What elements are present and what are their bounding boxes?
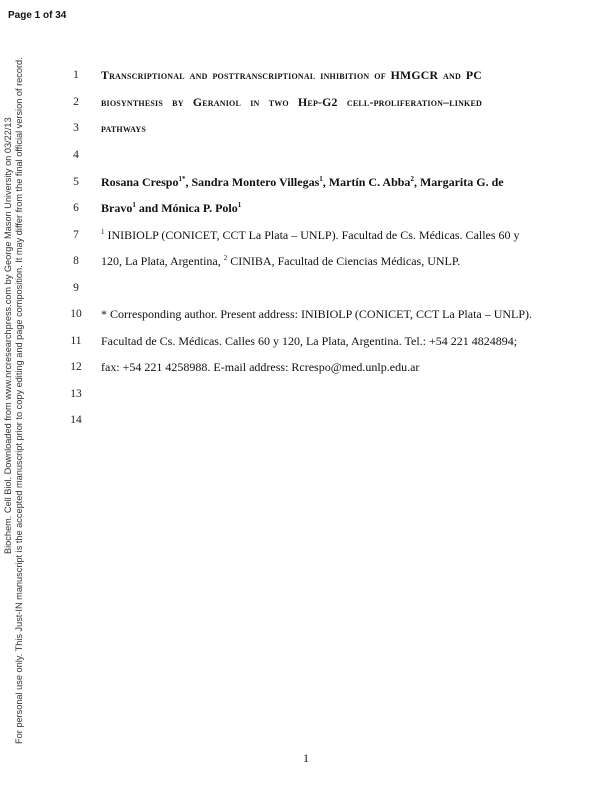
- affiliation-text: 120, La Plata, Argentina,: [101, 254, 224, 268]
- authors-line-1: Rosana Crespo1*, Sandra Montero Villegas…: [101, 174, 482, 190]
- correspondence-line-1: * Corresponding author. Present address:…: [101, 306, 482, 322]
- author-name: , Margarita G. de: [414, 175, 504, 189]
- authors-line-2: Bravo1 and Mónica P. Polo1: [101, 200, 482, 216]
- line-number: 1: [66, 67, 86, 83]
- manuscript-line: 8 120, La Plata, Argentina, 2 CINIBA, Fa…: [0, 253, 612, 269]
- author-name: Bravo: [101, 201, 132, 215]
- manuscript-line: 4: [0, 147, 612, 163]
- affiliation-line-2: 120, La Plata, Argentina, 2 CINIBA, Facu…: [101, 253, 482, 269]
- manuscript-line: 12 fax: +54 221 4258988. E-mail address:…: [0, 359, 612, 375]
- manuscript-line: 2 biosynthesis by Geraniol in two Hep-G2…: [0, 94, 612, 110]
- title-line-3: pathways: [101, 120, 482, 136]
- correspondence-line-3: fax: +54 221 4258988. E-mail address: Rc…: [101, 359, 482, 375]
- manuscript-line: 3 pathways: [0, 120, 612, 136]
- manuscript-line: 6 Bravo1 and Mónica P. Polo1: [0, 200, 612, 216]
- affiliation-text: CINIBA, Facultad de Ciencias Médicas, UN…: [227, 254, 460, 268]
- page-counter: Page 1 of 34: [8, 10, 66, 21]
- line-number: 8: [66, 253, 86, 269]
- line-number: 11: [66, 333, 86, 349]
- line-number: 3: [66, 120, 86, 136]
- author-name: , Martín C. Abba: [323, 175, 411, 189]
- manuscript-line: 11 Facultad de Cs. Médicas. Calles 60 y …: [0, 333, 612, 349]
- line-number: 12: [66, 359, 86, 375]
- author-name: Rosana Crespo: [101, 175, 178, 189]
- author-name: and Mónica P. Polo: [136, 201, 238, 215]
- correspondence-line-2: Facultad de Cs. Médicas. Calles 60 y 120…: [101, 333, 482, 349]
- line-number: 14: [66, 412, 86, 428]
- manuscript-line: 1 Transcriptional and posttranscriptiona…: [0, 67, 612, 83]
- line-number: 6: [66, 200, 86, 216]
- title-line-1: Transcriptional and posttranscriptional …: [101, 67, 482, 83]
- manuscript-line: 10 * Corresponding author. Present addre…: [0, 306, 612, 322]
- line-number: 7: [66, 227, 86, 243]
- manuscript-line: 9: [0, 280, 612, 296]
- affiliation-mark: 1: [238, 201, 242, 209]
- affiliation-text: INIBIOLP (CONICET, CCT La Plata – UNLP).…: [105, 228, 520, 242]
- affiliation-line-1: 1 INIBIOLP (CONICET, CCT La Plata – UNLP…: [101, 227, 482, 243]
- page-number: 1: [0, 751, 612, 766]
- line-number: 5: [66, 174, 86, 190]
- line-number: 10: [66, 306, 86, 322]
- manuscript-line: 13: [0, 386, 612, 402]
- manuscript-line: 5 Rosana Crespo1*, Sandra Montero Villeg…: [0, 174, 612, 190]
- line-number: 2: [66, 94, 86, 110]
- line-number: 9: [66, 280, 86, 296]
- manuscript-line: 7 1 INIBIOLP (CONICET, CCT La Plata – UN…: [0, 227, 612, 243]
- line-number: 4: [66, 147, 86, 163]
- title-line-2: biosynthesis by Geraniol in two Hep-G2 c…: [101, 94, 482, 110]
- author-name: , Sandra Montero Villegas: [185, 175, 319, 189]
- line-number: 13: [66, 386, 86, 402]
- manuscript-line: 14: [0, 412, 612, 428]
